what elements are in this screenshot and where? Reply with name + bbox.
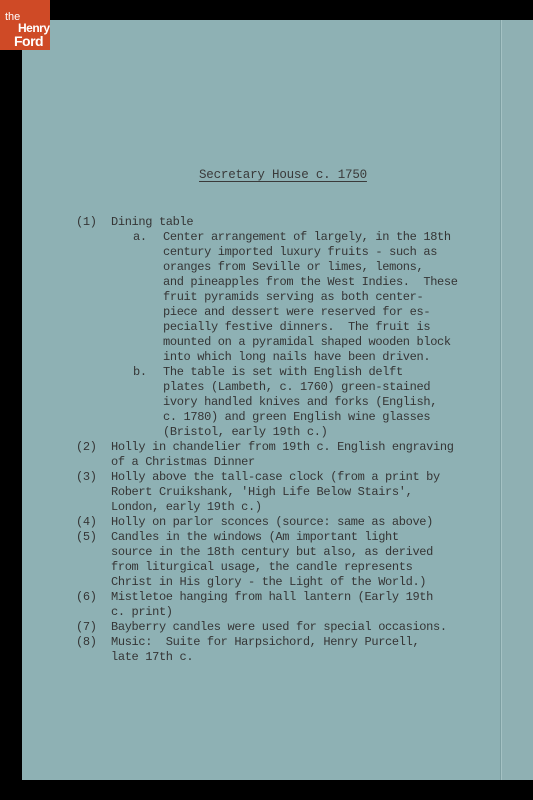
item-number: (7) — [76, 620, 97, 634]
document-line: Music: Suite for Harpsichord, Henry Purc… — [111, 635, 419, 649]
document-line: c. print) — [111, 605, 173, 619]
logo-ford: Ford — [14, 34, 43, 48]
document-line: Mistletoe hanging from hall lantern (Ear… — [111, 590, 433, 604]
sub-item-marker: b. — [133, 365, 147, 379]
document-line: and pineapples from the West Indies. The… — [163, 275, 458, 289]
document-line: c. 1780) and green English wine glasses — [163, 410, 430, 424]
document-line: Holly on parlor sconces (source: same as… — [111, 515, 433, 529]
document-line: ivory handled knives and forks (English, — [163, 395, 437, 409]
document-line: oranges from Seville or limes, lemons, — [163, 260, 423, 274]
item-number: (2) — [76, 440, 97, 454]
item-number: (8) — [76, 635, 97, 649]
document-line: Holly in chandelier from 19th c. English… — [111, 440, 454, 454]
document-line: Christ in His glory - the Light of the W… — [111, 575, 426, 589]
document-line: Center arrangement of largely, in the 18… — [163, 230, 451, 244]
document-line: late 17th c. — [111, 650, 193, 664]
document-line: Bayberry candles were used for special o… — [111, 620, 447, 634]
document-line: Dining table — [111, 215, 193, 229]
document-line: piece and dessert were reserved for es- — [163, 305, 430, 319]
document-line: of a Christmas Dinner — [111, 455, 255, 469]
document-line: The table is set with English delft — [163, 365, 403, 379]
document-line: source in the 18th century but also, as … — [111, 545, 433, 559]
document-line: mounted on a pyramidal shaped wooden blo… — [163, 335, 451, 349]
document-line: Candles in the windows (Am important lig… — [111, 530, 399, 544]
item-number: (4) — [76, 515, 97, 529]
document-line: Robert Cruikshank, 'High Life Below Stai… — [111, 485, 412, 499]
document-title: Secretary House c. 1750 — [199, 168, 367, 182]
document-line: fruit pyramids serving as both center- — [163, 290, 423, 304]
document-line: into which long nails have been driven. — [163, 350, 430, 364]
henry-ford-logo: the Henry Ford — [0, 0, 50, 50]
document-line: London, early 19th c.) — [111, 500, 262, 514]
sub-item-marker: a. — [133, 230, 147, 244]
document-line: from liturgical usage, the candle repres… — [111, 560, 412, 574]
document-line: (Bristol, early 19th c.) — [163, 425, 327, 439]
document-line: pecially festive dinners. The fruit is — [163, 320, 430, 334]
item-number: (1) — [76, 215, 97, 229]
item-number: (3) — [76, 470, 97, 484]
item-number: (5) — [76, 530, 97, 544]
document-line: plates (Lambeth, c. 1760) green-stained — [163, 380, 430, 394]
item-number: (6) — [76, 590, 97, 604]
document-line: century imported luxury fruits - such as — [163, 245, 437, 259]
document-line: Holly above the tall-case clock (from a … — [111, 470, 440, 484]
